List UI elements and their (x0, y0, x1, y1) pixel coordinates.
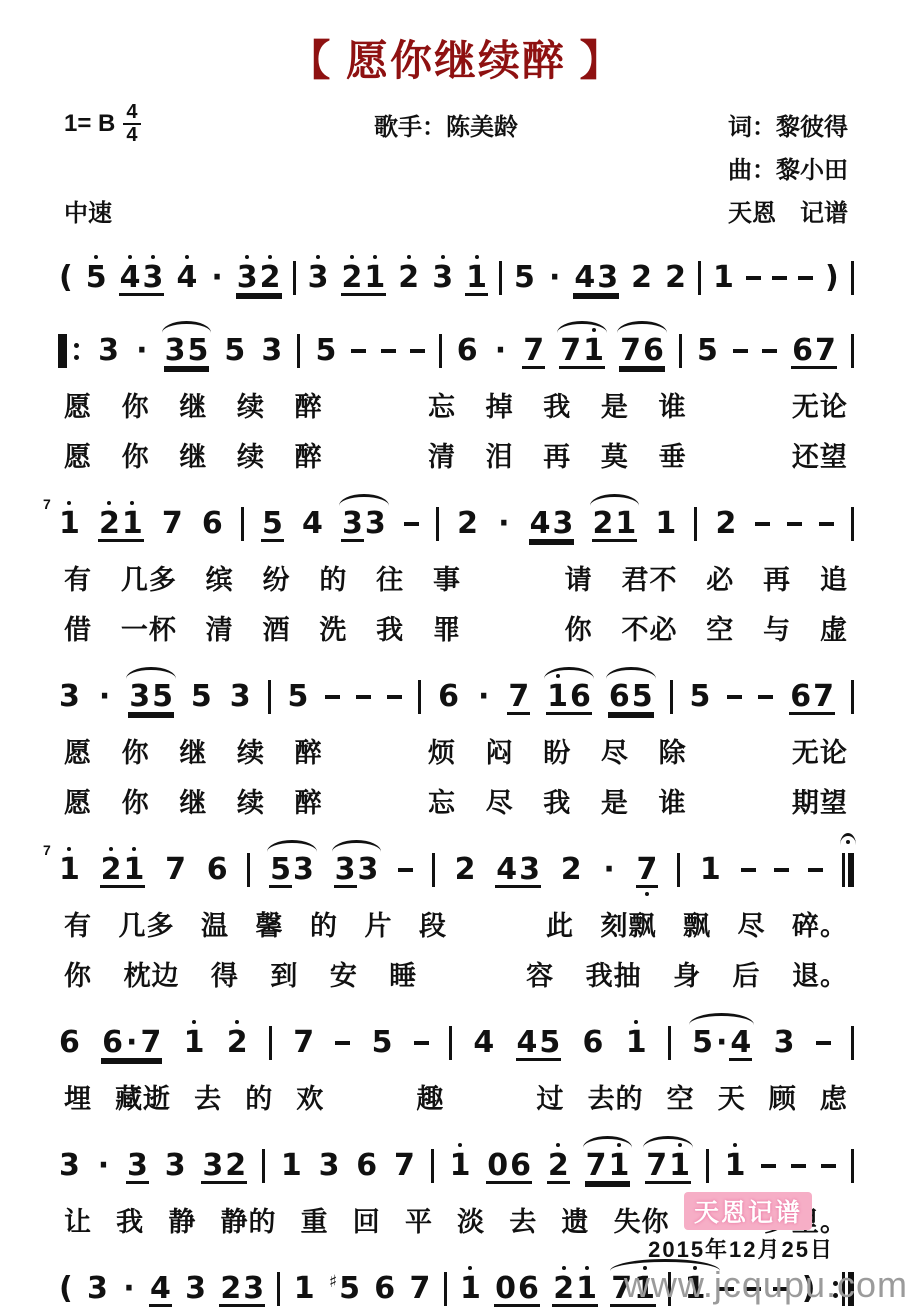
lyric-syllable: 刻飘 (601, 904, 657, 943)
note-token: 67 (791, 336, 837, 366)
time-denominator: 4 (126, 125, 137, 146)
note-token: 3 (126, 1151, 149, 1181)
lyrics-line: 有几多温馨的片段此刻飘飘尽碎。 (58, 904, 854, 943)
key-signature: 1= B 4 4 (64, 102, 284, 146)
note-token: 33 (341, 509, 387, 539)
lyric-syllable: 无论 (792, 731, 848, 770)
note-token: · (601, 855, 616, 885)
lyric-syllable: 睡 (389, 954, 417, 993)
lyric-syllable: 继 (179, 731, 207, 770)
note-token: 6 (582, 1028, 605, 1058)
lyric-syllable: 有 (64, 558, 92, 597)
lyric-syllable: 泪 (486, 435, 514, 474)
lyric-syllable: 继 (179, 781, 207, 820)
lyrics-line: 你枕边得到安睡容我抽身后退。 (58, 954, 854, 993)
lyric-syllable: 事 (433, 558, 461, 597)
lyric-syllable: 缤 (206, 558, 234, 597)
lyric-syllable: 我 (116, 1200, 144, 1239)
note-token: 1 (625, 1028, 648, 1058)
note-token: · (209, 263, 224, 293)
music-system-4: 3·355356·71665567愿你继续醉烦闷盼尽除无论愿你继续醉忘尽我是谁期… (58, 674, 854, 820)
lyrics-line: 愿你继续醉烦闷盼尽除无论 (58, 731, 854, 770)
lyric-syllable: 忘 (428, 781, 456, 820)
dash-token (404, 522, 419, 526)
note-token: 71 (58, 855, 81, 885)
lyric-syllable: 是 (601, 781, 629, 820)
note-token: 7 (636, 855, 659, 885)
lyric-syllable: 你 (122, 781, 150, 820)
note-token: 3 (431, 263, 454, 293)
lyric-syllable: 顾 (769, 1077, 797, 1116)
lyric-syllable: 继 (179, 435, 207, 474)
lyric-syllable: 片 (365, 904, 393, 943)
lyric-syllable: 空 (706, 608, 734, 647)
lyric-syllable: 飘 (683, 904, 711, 943)
note-token: 6 (58, 1028, 81, 1058)
lyric-syllable: 此 (546, 904, 574, 943)
lyrics-line: 埋藏逝去的欢趣过去的空天顾虑 (58, 1077, 854, 1116)
note-token: 5 (371, 1028, 394, 1058)
lyric-syllable: 我 (543, 385, 571, 424)
slur-arc (583, 1136, 633, 1148)
slur-arc (332, 840, 382, 852)
lyrics-line: 愿你继续醉清泪再莫垂还望 (58, 435, 854, 474)
lyric-syllable: 埋 (64, 1077, 92, 1116)
lyric-syllable: 必 (706, 558, 734, 597)
note-token: ( (58, 263, 74, 293)
lyric-syllable: 莫 (601, 435, 629, 474)
time-numerator: 4 (123, 102, 140, 125)
lyric-syllable: 你 (565, 608, 593, 647)
lyric-syllable: 空 (667, 1077, 695, 1116)
note-token: 7 (522, 336, 545, 366)
music-system-3: 71217654332·432112有几多缤纷的往事请君不必再追借一杯清酒洗我罪… (58, 501, 854, 647)
note-token: 32 (201, 1151, 247, 1181)
slur-arc (689, 1013, 754, 1025)
lyric-syllable: 趣 (416, 1077, 444, 1116)
lyric-syllable: 天 (718, 1077, 746, 1116)
barline-token (269, 1026, 272, 1060)
slur-arc (126, 667, 176, 679)
note-token: 7 (292, 1028, 315, 1058)
barline-token (851, 507, 854, 541)
barline-token (268, 680, 271, 714)
note-token: 1 (654, 509, 677, 539)
note-token: 21 (100, 855, 146, 885)
note-token: · (134, 336, 149, 366)
note-token: 3 (260, 336, 283, 366)
lyric-syllable: 与 (763, 608, 791, 647)
lyric-syllable: 的 (319, 558, 347, 597)
dash-token (762, 349, 777, 353)
lyric-syllable: 的 (310, 904, 338, 943)
note-token: 6 (437, 682, 460, 712)
note-token: · (493, 336, 508, 366)
note-token: 6 (201, 509, 224, 539)
note-token: 06 (494, 1274, 540, 1304)
lyric-syllable: 几多 (119, 904, 175, 943)
slur-arc (557, 321, 607, 333)
sheet-music-page: 【 愿你继续醉 】 1= B 4 4 歌手：陈美龄 词：黎彼得 曲：黎小田 中速… (0, 0, 912, 1312)
note-token: · (97, 682, 112, 712)
dash-token (772, 276, 787, 280)
note-token: ( (58, 1274, 74, 1304)
dash-token (381, 349, 396, 353)
note-token: 06 (486, 1151, 532, 1181)
note-token: ) (824, 263, 840, 293)
dash-token (387, 695, 402, 699)
barline-token (694, 507, 697, 541)
note-token: 6 (373, 1274, 396, 1304)
lyric-syllable: 期望 (792, 781, 848, 820)
note-token: 7 (408, 1274, 431, 1304)
note-token: 1 (293, 1274, 316, 1304)
website-url: www.jcqupu.com (624, 1264, 908, 1306)
dash-token (774, 868, 789, 872)
notation-line: 3·355356·71665567 (58, 674, 854, 720)
note-token: 2 (664, 263, 687, 293)
lyric-syllable: 愿 (64, 731, 92, 770)
lyric-syllable: 续 (237, 781, 265, 820)
lyric-syllable: 清 (206, 608, 234, 647)
note-token: 71 (645, 1151, 691, 1181)
barline-token (851, 680, 854, 714)
dash-token (755, 522, 770, 526)
lyric-syllable: 退。 (792, 954, 848, 993)
lyric-syllable: 纷 (262, 558, 290, 597)
note-token: 71 (559, 336, 605, 366)
barline-token (431, 1149, 434, 1183)
lyric-syllable: 静 (168, 1200, 196, 1239)
note-token: 3 (229, 682, 252, 712)
lyric-syllable: 请 (565, 558, 593, 597)
lyric-syllable: 安 (330, 954, 358, 993)
note-token: 35 (128, 682, 174, 712)
note-token: 2 (547, 1151, 570, 1181)
slur-arc (643, 1136, 693, 1148)
lyric-syllable: 你 (122, 731, 150, 770)
note-token: 1 (712, 263, 735, 293)
note-token: 3 (58, 682, 81, 712)
note-token: 43 (119, 263, 165, 293)
lyric-syllable: 君不 (621, 558, 677, 597)
note-token: 2 (715, 509, 738, 539)
dash-token (808, 868, 823, 872)
music-system-5: 71217653332432·71有几多温馨的片段此刻飘飘尽碎。你枕边得到安睡容… (58, 847, 854, 993)
note-token: 21 (552, 1274, 598, 1304)
note-token: 3 (58, 1151, 81, 1181)
lyric-syllable: 烦 (428, 731, 456, 770)
lyric-syllable: 过 (537, 1077, 565, 1116)
note-token: · (547, 263, 562, 293)
lyric-syllable: 重 (301, 1200, 329, 1239)
lyric-syllable: 淡 (457, 1200, 485, 1239)
barline-token (851, 1149, 854, 1183)
note-token: 67 (789, 682, 835, 712)
note-token: 4 (301, 509, 324, 539)
barline-token (698, 261, 701, 295)
lyric-syllable: 几多 (121, 558, 177, 597)
notation-line: 66·71275445615·43 (58, 1020, 854, 1066)
note-token: 76 (619, 336, 665, 366)
note-token: 5 (261, 509, 284, 539)
singer-credit: 歌手：陈美龄 (284, 107, 608, 142)
lyric-syllable: 尽 (738, 904, 766, 943)
note-token: 65 (608, 682, 654, 712)
note-token: 1 (280, 1151, 303, 1181)
composer-credit: 曲：黎小田 (0, 146, 912, 185)
repeat-sign-token (58, 334, 83, 368)
lyric-syllable: 一杯 (121, 608, 177, 647)
song-title: 【 愿你继续醉 】 (0, 0, 912, 88)
dash-token (414, 1041, 429, 1045)
lyric-syllable: 让 (64, 1200, 92, 1239)
lyric-syllable: 容 (526, 954, 554, 993)
lyric-syllable: 是 (601, 385, 629, 424)
lyric-syllable: 藏逝 (115, 1077, 171, 1116)
dash-token (356, 695, 371, 699)
dash-token (791, 1164, 806, 1168)
dash-token (821, 1164, 836, 1168)
lyric-syllable: 借 (64, 608, 92, 647)
dash-token (335, 1041, 350, 1045)
notation-line: (5434·323212315·43221) (58, 255, 854, 301)
lyric-syllable: 追 (820, 558, 848, 597)
note-token: · (121, 1274, 136, 1304)
meta-row-3: 中速 天恩 记谱 (0, 185, 912, 228)
music-system-2: 3·355356·77176567愿你继续醉忘掉我是谁无论愿你继续醉清泪再莫垂还… (58, 328, 854, 474)
note-token: 53 (269, 855, 315, 885)
lyric-syllable: 静的 (220, 1200, 276, 1239)
lyric-syllable: 我 (376, 608, 404, 647)
note-token: 1 (459, 1274, 482, 1304)
note-token: 3 (307, 263, 330, 293)
lyric-syllable: 盼 (543, 731, 571, 770)
notation-line: 3·355356·77176567 (58, 328, 854, 374)
music-system-6: 66·71275445615·43埋藏逝去的欢趣过去的空天顾虑 (58, 1020, 854, 1116)
note-token: 7 (507, 682, 530, 712)
barline-token (449, 1026, 452, 1060)
tempo-marking: 中速 (64, 193, 112, 228)
note-token: 5 (85, 263, 108, 293)
note-token: 5 (190, 682, 213, 712)
slur-arc (162, 321, 212, 333)
barline-token (679, 334, 682, 368)
dash-token (727, 695, 742, 699)
note-token: 16 (546, 682, 592, 712)
lyric-syllable: 有 (64, 904, 92, 943)
lyric-syllable: 你 (122, 385, 150, 424)
note-token: 2 (226, 1028, 249, 1058)
note-token: 5 (689, 682, 712, 712)
lyric-syllable: 枕边 (123, 954, 179, 993)
barline-token (499, 261, 502, 295)
note-token: 45 (516, 1028, 562, 1058)
dash-token (325, 695, 340, 699)
lyric-syllable: 清 (428, 435, 456, 474)
note-token: 1 (449, 1151, 472, 1181)
key-prefix: 1= B (64, 110, 115, 138)
barline-token (432, 853, 435, 887)
note-token: 43 (495, 855, 541, 885)
note-token: 5 (314, 336, 337, 366)
note-token: 5 (696, 336, 719, 366)
dash-token (758, 695, 773, 699)
slur-arc (339, 494, 389, 506)
note-token: 2 (630, 263, 653, 293)
notation-area: (5434·323212315·43221)3·355356·77176567愿… (0, 255, 912, 1312)
barline-token (293, 261, 296, 295)
barline-token (444, 1272, 447, 1306)
music-system-1: (5434·323212315·43221) (58, 255, 854, 301)
footer: 天恩记谱 2015年12月25日 www.jcqupu.com (624, 1192, 912, 1306)
lyric-syllable: 碎。 (792, 904, 848, 943)
lyric-syllable: 回 (353, 1200, 381, 1239)
time-signature: 4 4 (123, 102, 140, 146)
lyrics-line: 愿你继续醉忘掉我是谁无论 (58, 385, 854, 424)
grace-note: 7 (43, 842, 51, 858)
lyric-syllable: 我 (543, 781, 571, 820)
lyric-syllable: 不必 (621, 608, 677, 647)
lyric-syllable: 垂 (659, 435, 687, 474)
lyric-syllable: 还望 (792, 435, 848, 474)
note-token: 3 (97, 336, 120, 366)
note-token: · (496, 509, 511, 539)
lyricist-credit: 词：黎彼得 (608, 107, 848, 142)
dash-token (733, 349, 748, 353)
lyric-syllable: 续 (237, 385, 265, 424)
barline-token (668, 1026, 671, 1060)
lyric-syllable: 你 (64, 954, 92, 993)
notation-line: 71217653332432·71 (58, 847, 854, 893)
barline-token (247, 853, 250, 887)
lyric-syllable: 尽 (486, 781, 514, 820)
barline-token (418, 680, 421, 714)
barline-token (277, 1272, 280, 1306)
lyric-syllable: 欢 (296, 1077, 324, 1116)
note-token: 7 (164, 855, 187, 885)
lyric-syllable: 去 (194, 1077, 222, 1116)
lyric-syllable: 你 (122, 435, 150, 474)
barline-token (241, 507, 244, 541)
transcriber-watermark: 天恩记谱 (684, 1192, 812, 1230)
note-token: 32 (236, 263, 282, 293)
lyric-syllable: 谁 (659, 781, 687, 820)
note-token: 5·4 (691, 1028, 752, 1058)
note-token: 21 (341, 263, 387, 293)
lyric-syllable: 再 (763, 558, 791, 597)
barline-token (851, 1026, 854, 1060)
note-token: 1 (724, 1151, 747, 1181)
lyric-syllable: 除 (659, 731, 687, 770)
note-token: 4 (149, 1274, 172, 1304)
lyric-syllable: 愿 (64, 435, 92, 474)
transcriber-credit: 天恩 记谱 (728, 193, 848, 228)
lyric-syllable: 醉 (295, 435, 323, 474)
lyric-syllable: 尽 (601, 731, 629, 770)
lyric-syllable: 虑 (820, 1077, 848, 1116)
lyric-syllable: 身 (673, 954, 701, 993)
dash-token (761, 1164, 776, 1168)
note-token: · (96, 1151, 111, 1181)
note-token: 4 (472, 1028, 495, 1058)
lyric-syllable: 醉 (295, 781, 323, 820)
slur-arc (267, 840, 317, 852)
slur-arc (606, 667, 656, 679)
note-token: 2 (397, 263, 420, 293)
lyric-syllable: 酒 (262, 608, 290, 647)
lyric-syllable: 忘 (428, 385, 456, 424)
dash-token (398, 868, 413, 872)
note-token: 1 (465, 263, 488, 293)
barline-token (851, 334, 854, 368)
lyric-syllable: 无论 (792, 385, 848, 424)
note-token: 6 (206, 855, 229, 885)
lyric-syllable: 馨 (256, 904, 284, 943)
note-token: 4 (175, 263, 198, 293)
barline-token (262, 1149, 265, 1183)
lyric-syllable: 段 (419, 904, 447, 943)
barline-token (851, 261, 854, 295)
dash-token (816, 1041, 831, 1045)
notation-line: 71217654332·432112 (58, 501, 854, 547)
note-token: 43 (573, 263, 619, 293)
note-token: 2 (560, 855, 583, 885)
dash-token (798, 276, 813, 280)
lyric-syllable: 遗 (561, 1200, 589, 1239)
dash-token (746, 276, 761, 280)
note-token: 71 (585, 1151, 631, 1181)
note-token: 1 (183, 1028, 206, 1058)
lyric-syllable: 续 (237, 435, 265, 474)
lyric-syllable: 后 (733, 954, 761, 993)
barline-token (670, 680, 673, 714)
lyric-syllable: 愿 (64, 385, 92, 424)
lyric-syllable: 洗 (319, 608, 347, 647)
note-token: 43 (529, 509, 575, 539)
note-token: 3 (164, 1151, 187, 1181)
lyric-syllable: 掉 (486, 385, 514, 424)
meta-row-1: 1= B 4 4 歌手：陈美龄 词：黎彼得 (0, 88, 912, 146)
lyric-syllable: 续 (237, 731, 265, 770)
lyric-syllable: 罪 (433, 608, 461, 647)
lyric-syllable: 往 (376, 558, 404, 597)
lyric-syllable: 继 (179, 385, 207, 424)
note-token: · (476, 682, 491, 712)
grace-note: 7 (43, 496, 51, 512)
dash-token (351, 349, 366, 353)
note-token: 3 (318, 1151, 341, 1181)
note-token: 21 (592, 509, 638, 539)
lyric-syllable: 的 (245, 1077, 273, 1116)
lyric-syllable: 平 (405, 1200, 433, 1239)
dash-token (787, 522, 802, 526)
barline-token (439, 334, 442, 368)
lyric-syllable: 去的 (588, 1077, 644, 1116)
note-token: 5 (287, 682, 310, 712)
note-token: 6 (456, 336, 479, 366)
lyric-syllable: 醉 (295, 731, 323, 770)
lyric-syllable: 到 (270, 954, 298, 993)
final-barline-token (842, 853, 854, 887)
note-token: 3 (773, 1028, 796, 1058)
lyric-syllable: 去 (509, 1200, 537, 1239)
lyric-syllable: 我抽 (586, 954, 642, 993)
note-token: 3 (86, 1274, 109, 1304)
lyric-syllable: 温 (201, 904, 229, 943)
lyric-syllable: 再 (543, 435, 571, 474)
note-token: ♯5 (328, 1274, 361, 1304)
